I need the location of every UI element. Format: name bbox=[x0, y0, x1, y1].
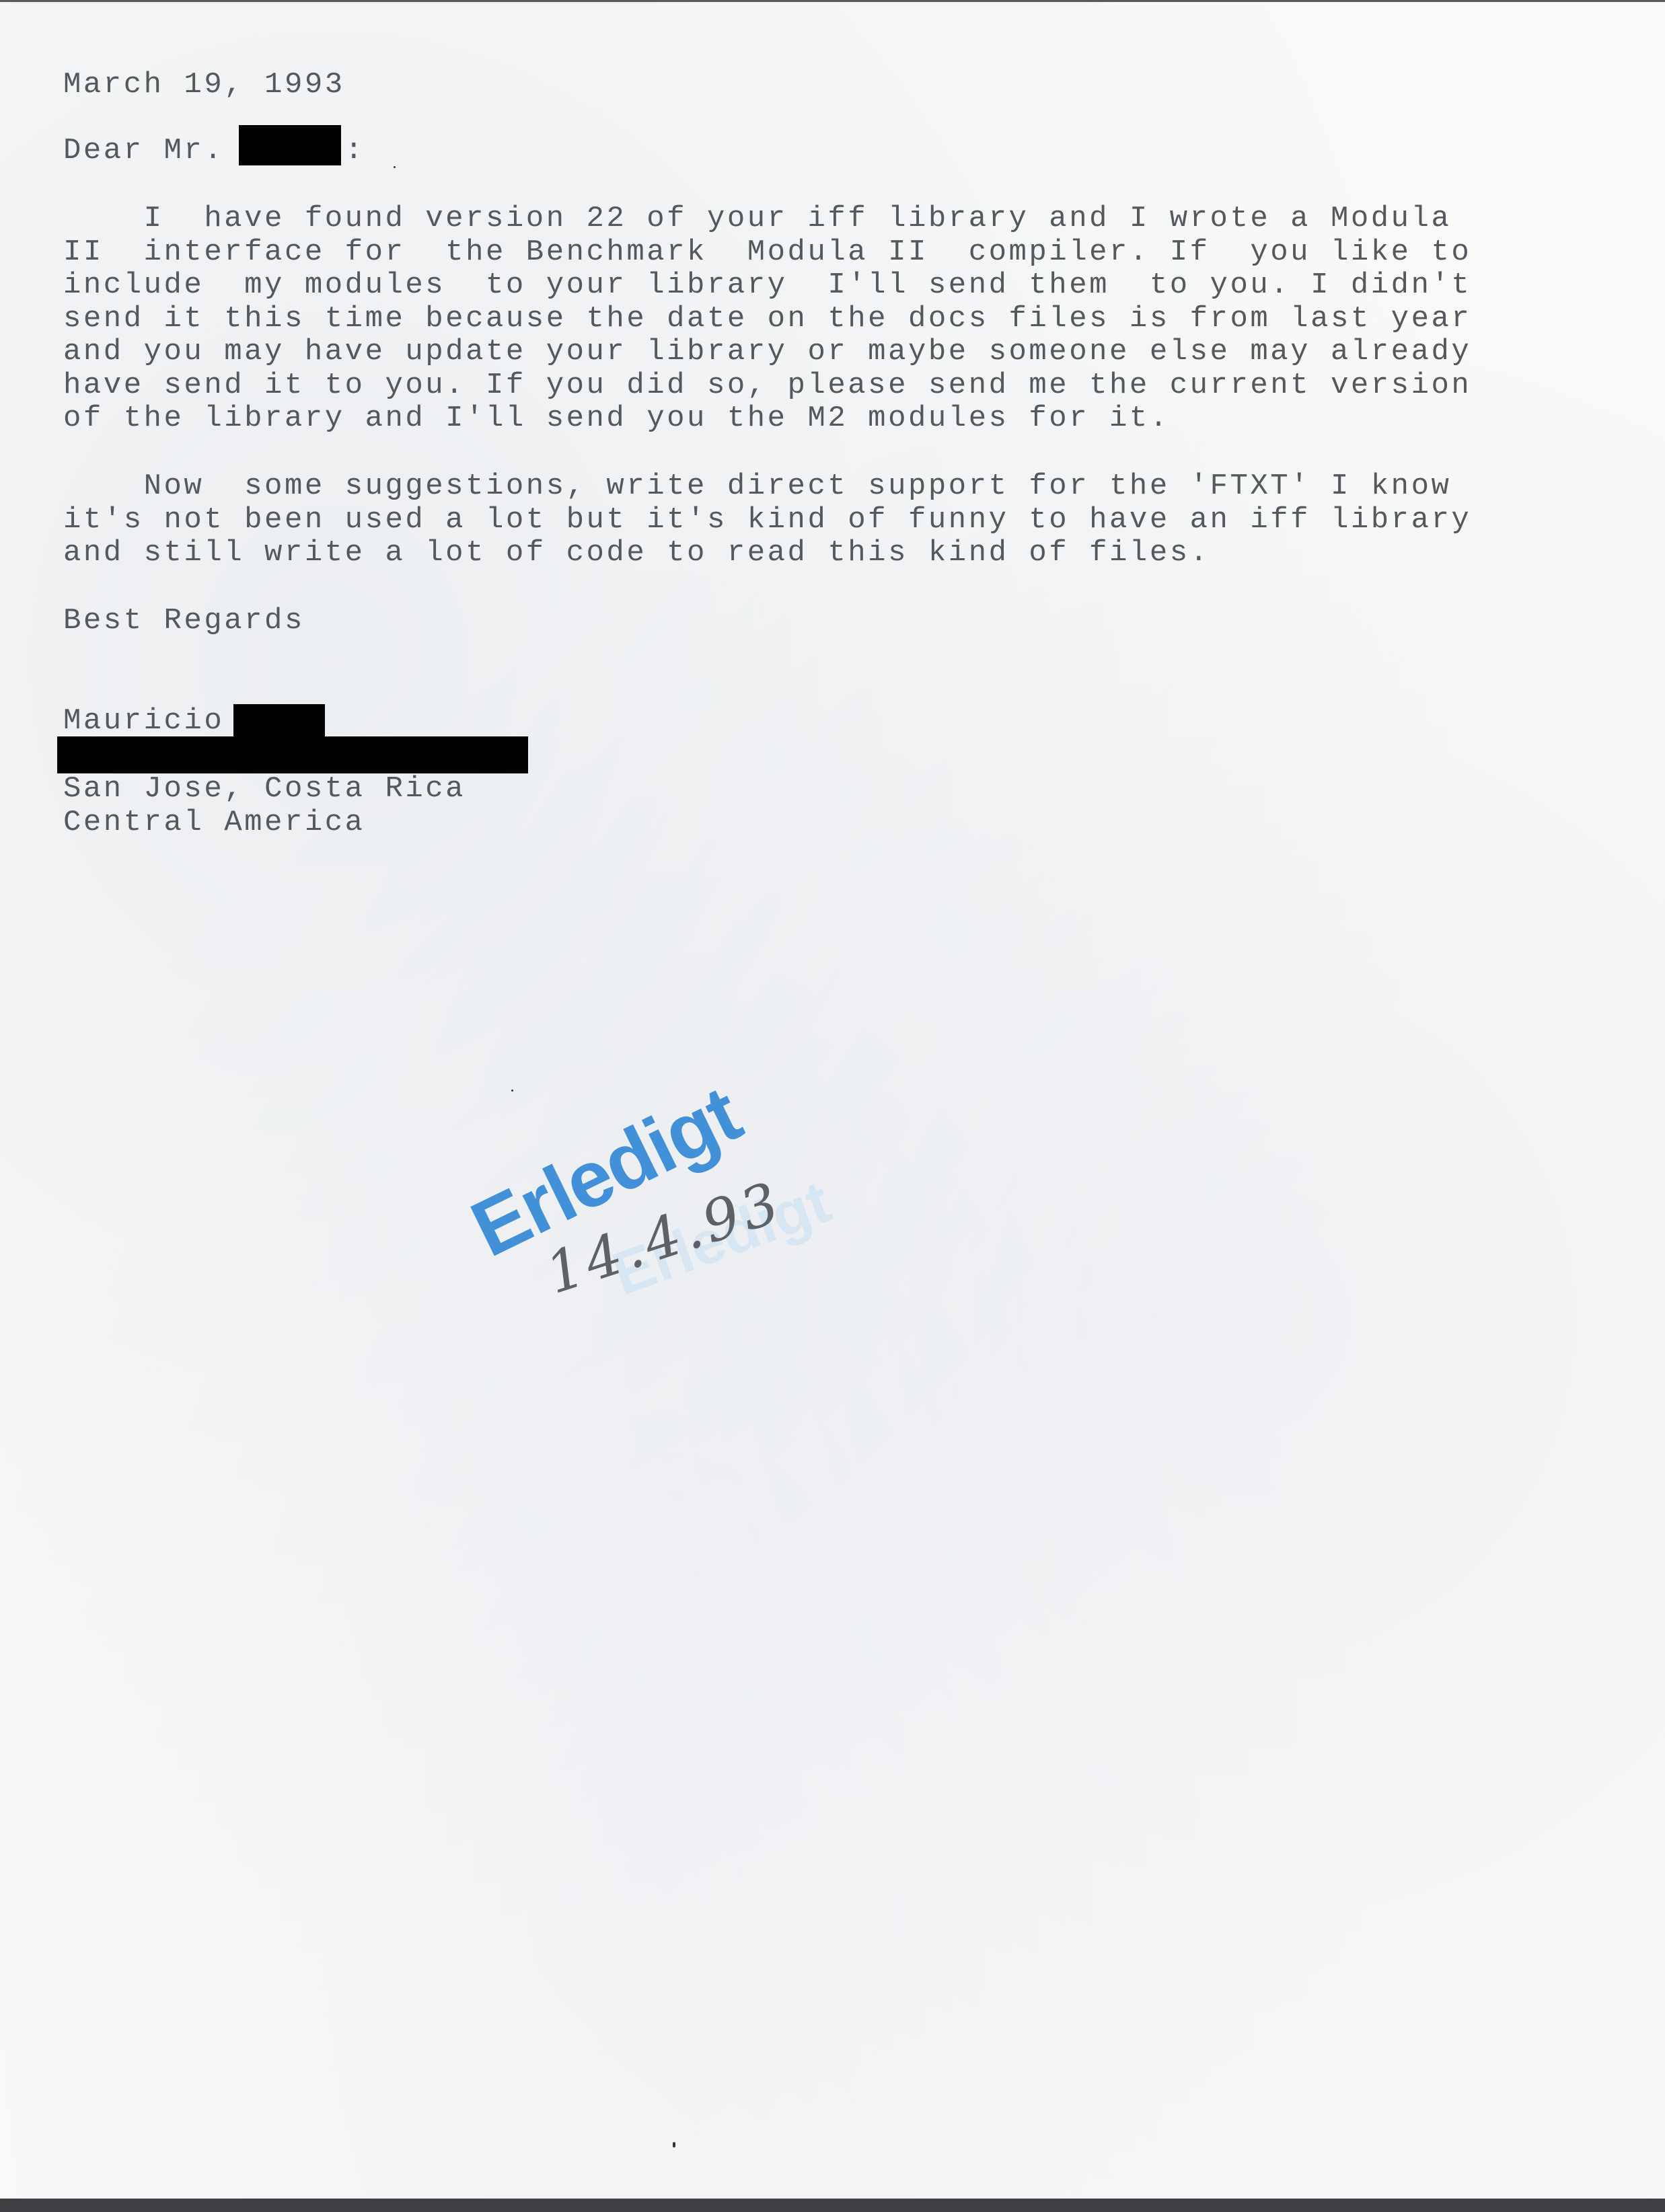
scan-speck bbox=[673, 2142, 675, 2147]
scan-top-edge bbox=[0, 0, 1665, 2]
paragraph-line: it's not been used a lot but it's kind o… bbox=[63, 503, 1471, 537]
paragraph-line: I have found version 22 of your iff libr… bbox=[63, 202, 1451, 235]
paragraph-line: of the library and I'll send you the M2 … bbox=[63, 402, 1170, 435]
paragraph-line: Now some suggestions, write direct suppo… bbox=[63, 469, 1451, 503]
paragraph-line: and still write a lot of code to read th… bbox=[63, 536, 1210, 570]
signature-name: Mauricio bbox=[63, 704, 224, 738]
paragraph-line: have send it to you. If you did so, plea… bbox=[63, 369, 1471, 402]
redaction-recipient-name bbox=[239, 125, 341, 165]
signature-city: San Jose, Costa Rica bbox=[63, 772, 466, 806]
letter-date: March 19, 1993 bbox=[63, 68, 345, 102]
scan-bottom-edge bbox=[0, 2199, 1665, 2212]
paragraph-line: and you may have update your library or … bbox=[63, 335, 1471, 369]
signature-region: Central America bbox=[63, 806, 365, 839]
closing: Best Regards bbox=[63, 604, 305, 638]
scan-speck bbox=[511, 1090, 513, 1092]
paragraph-line: include my modules to your library I'll … bbox=[63, 268, 1471, 302]
redaction-sender-address bbox=[57, 736, 528, 773]
redaction-sender-surname bbox=[233, 704, 325, 738]
paragraph-line: send it this time because the date on th… bbox=[63, 302, 1471, 336]
paragraph-line: II interface for the Benchmark Modula II… bbox=[63, 235, 1471, 269]
scan-speck bbox=[394, 166, 396, 168]
